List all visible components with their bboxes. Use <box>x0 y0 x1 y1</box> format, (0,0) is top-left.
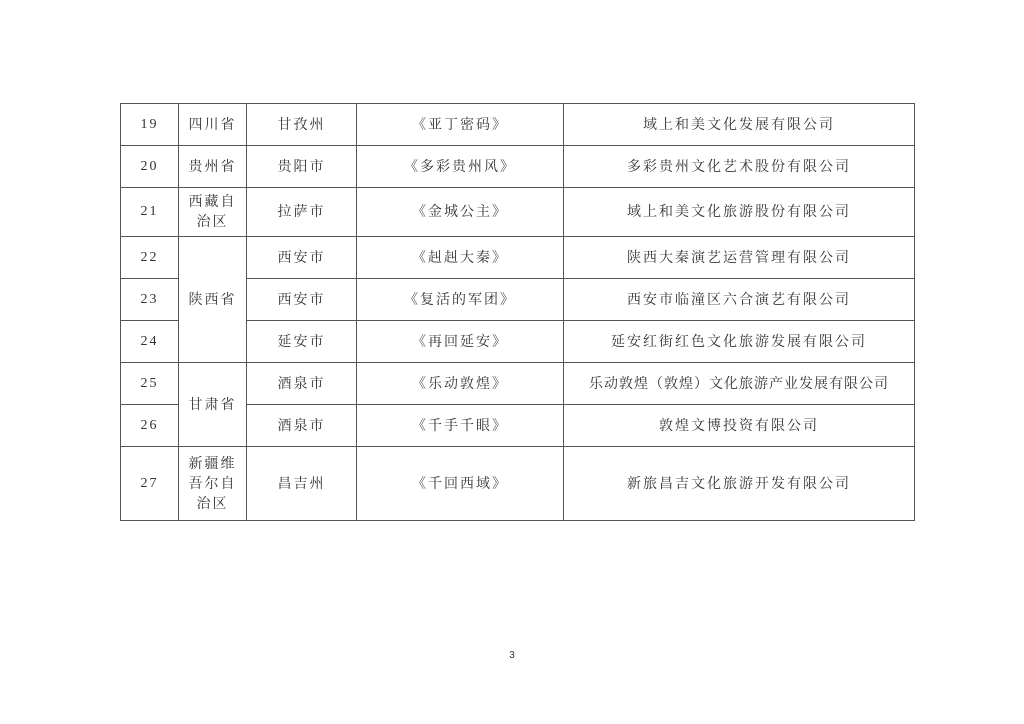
province-cell: 四川省 <box>179 104 247 146</box>
show-title-cell: 《再回延安》 <box>357 321 564 363</box>
city-cell: 延安市 <box>247 321 357 363</box>
province-cell: 新疆维 吾尔自 治区 <box>179 447 247 521</box>
page-number: 3 <box>0 650 1024 661</box>
province-cell: 甘肃省 <box>179 363 247 447</box>
row-number: 27 <box>121 447 179 521</box>
table-row: 21 西藏自 治区 拉萨市 《金城公主》 域上和美文化旅游股份有限公司 <box>121 188 915 237</box>
show-title-cell: 《赳赳大秦》 <box>357 237 564 279</box>
province-line: 吾尔自 <box>179 474 246 494</box>
show-title-cell: 《亚丁密码》 <box>357 104 564 146</box>
province-cell: 西藏自 治区 <box>179 188 247 237</box>
row-number: 22 <box>121 237 179 279</box>
company-cell: 新旅昌吉文化旅游开发有限公司 <box>564 447 915 521</box>
company-cell: 陕西大秦演艺运营管理有限公司 <box>564 237 915 279</box>
city-cell: 拉萨市 <box>247 188 357 237</box>
show-title-cell: 《千手千眼》 <box>357 405 564 447</box>
company-cell: 延安红街红色文化旅游发展有限公司 <box>564 321 915 363</box>
table-row: 22 陕西省 西安市 《赳赳大秦》 陕西大秦演艺运营管理有限公司 <box>121 237 915 279</box>
province-line: 新疆维 <box>179 454 246 474</box>
row-number: 23 <box>121 279 179 321</box>
province-line: 治区 <box>179 494 246 514</box>
show-title-cell: 《千回西域》 <box>357 447 564 521</box>
table-row: 27 新疆维 吾尔自 治区 昌吉州 《千回西域》 新旅昌吉文化旅游开发有限公司 <box>121 447 915 521</box>
province-cell: 陕西省 <box>179 237 247 363</box>
company-cell: 乐动敦煌（敦煌）文化旅游产业发展有限公司 <box>564 363 915 405</box>
city-cell: 酒泉市 <box>247 405 357 447</box>
show-title-cell: 《金城公主》 <box>357 188 564 237</box>
show-title-cell: 《复活的军团》 <box>357 279 564 321</box>
show-title-cell: 《乐动敦煌》 <box>357 363 564 405</box>
performance-list-table: 19 四川省 甘孜州 《亚丁密码》 域上和美文化发展有限公司 20 贵州省 贵阳… <box>120 103 915 521</box>
table-row: 20 贵州省 贵阳市 《多彩贵州风》 多彩贵州文化艺术股份有限公司 <box>121 146 915 188</box>
company-cell: 域上和美文化发展有限公司 <box>564 104 915 146</box>
city-cell: 西安市 <box>247 279 357 321</box>
company-cell: 多彩贵州文化艺术股份有限公司 <box>564 146 915 188</box>
city-cell: 贵阳市 <box>247 146 357 188</box>
city-cell: 西安市 <box>247 237 357 279</box>
city-cell: 甘孜州 <box>247 104 357 146</box>
company-cell: 敦煌文博投资有限公司 <box>564 405 915 447</box>
row-number: 24 <box>121 321 179 363</box>
row-number: 25 <box>121 363 179 405</box>
company-cell: 域上和美文化旅游股份有限公司 <box>564 188 915 237</box>
province-cell: 贵州省 <box>179 146 247 188</box>
city-cell: 昌吉州 <box>247 447 357 521</box>
row-number: 19 <box>121 104 179 146</box>
row-number: 21 <box>121 188 179 237</box>
city-cell: 酒泉市 <box>247 363 357 405</box>
company-cell: 西安市临潼区六合演艺有限公司 <box>564 279 915 321</box>
row-number: 20 <box>121 146 179 188</box>
table-row: 19 四川省 甘孜州 《亚丁密码》 域上和美文化发展有限公司 <box>121 104 915 146</box>
table-row: 25 甘肃省 酒泉市 《乐动敦煌》 乐动敦煌（敦煌）文化旅游产业发展有限公司 <box>121 363 915 405</box>
show-title-cell: 《多彩贵州风》 <box>357 146 564 188</box>
row-number: 26 <box>121 405 179 447</box>
province-line: 治区 <box>179 212 246 232</box>
province-line: 西藏自 <box>179 192 246 212</box>
